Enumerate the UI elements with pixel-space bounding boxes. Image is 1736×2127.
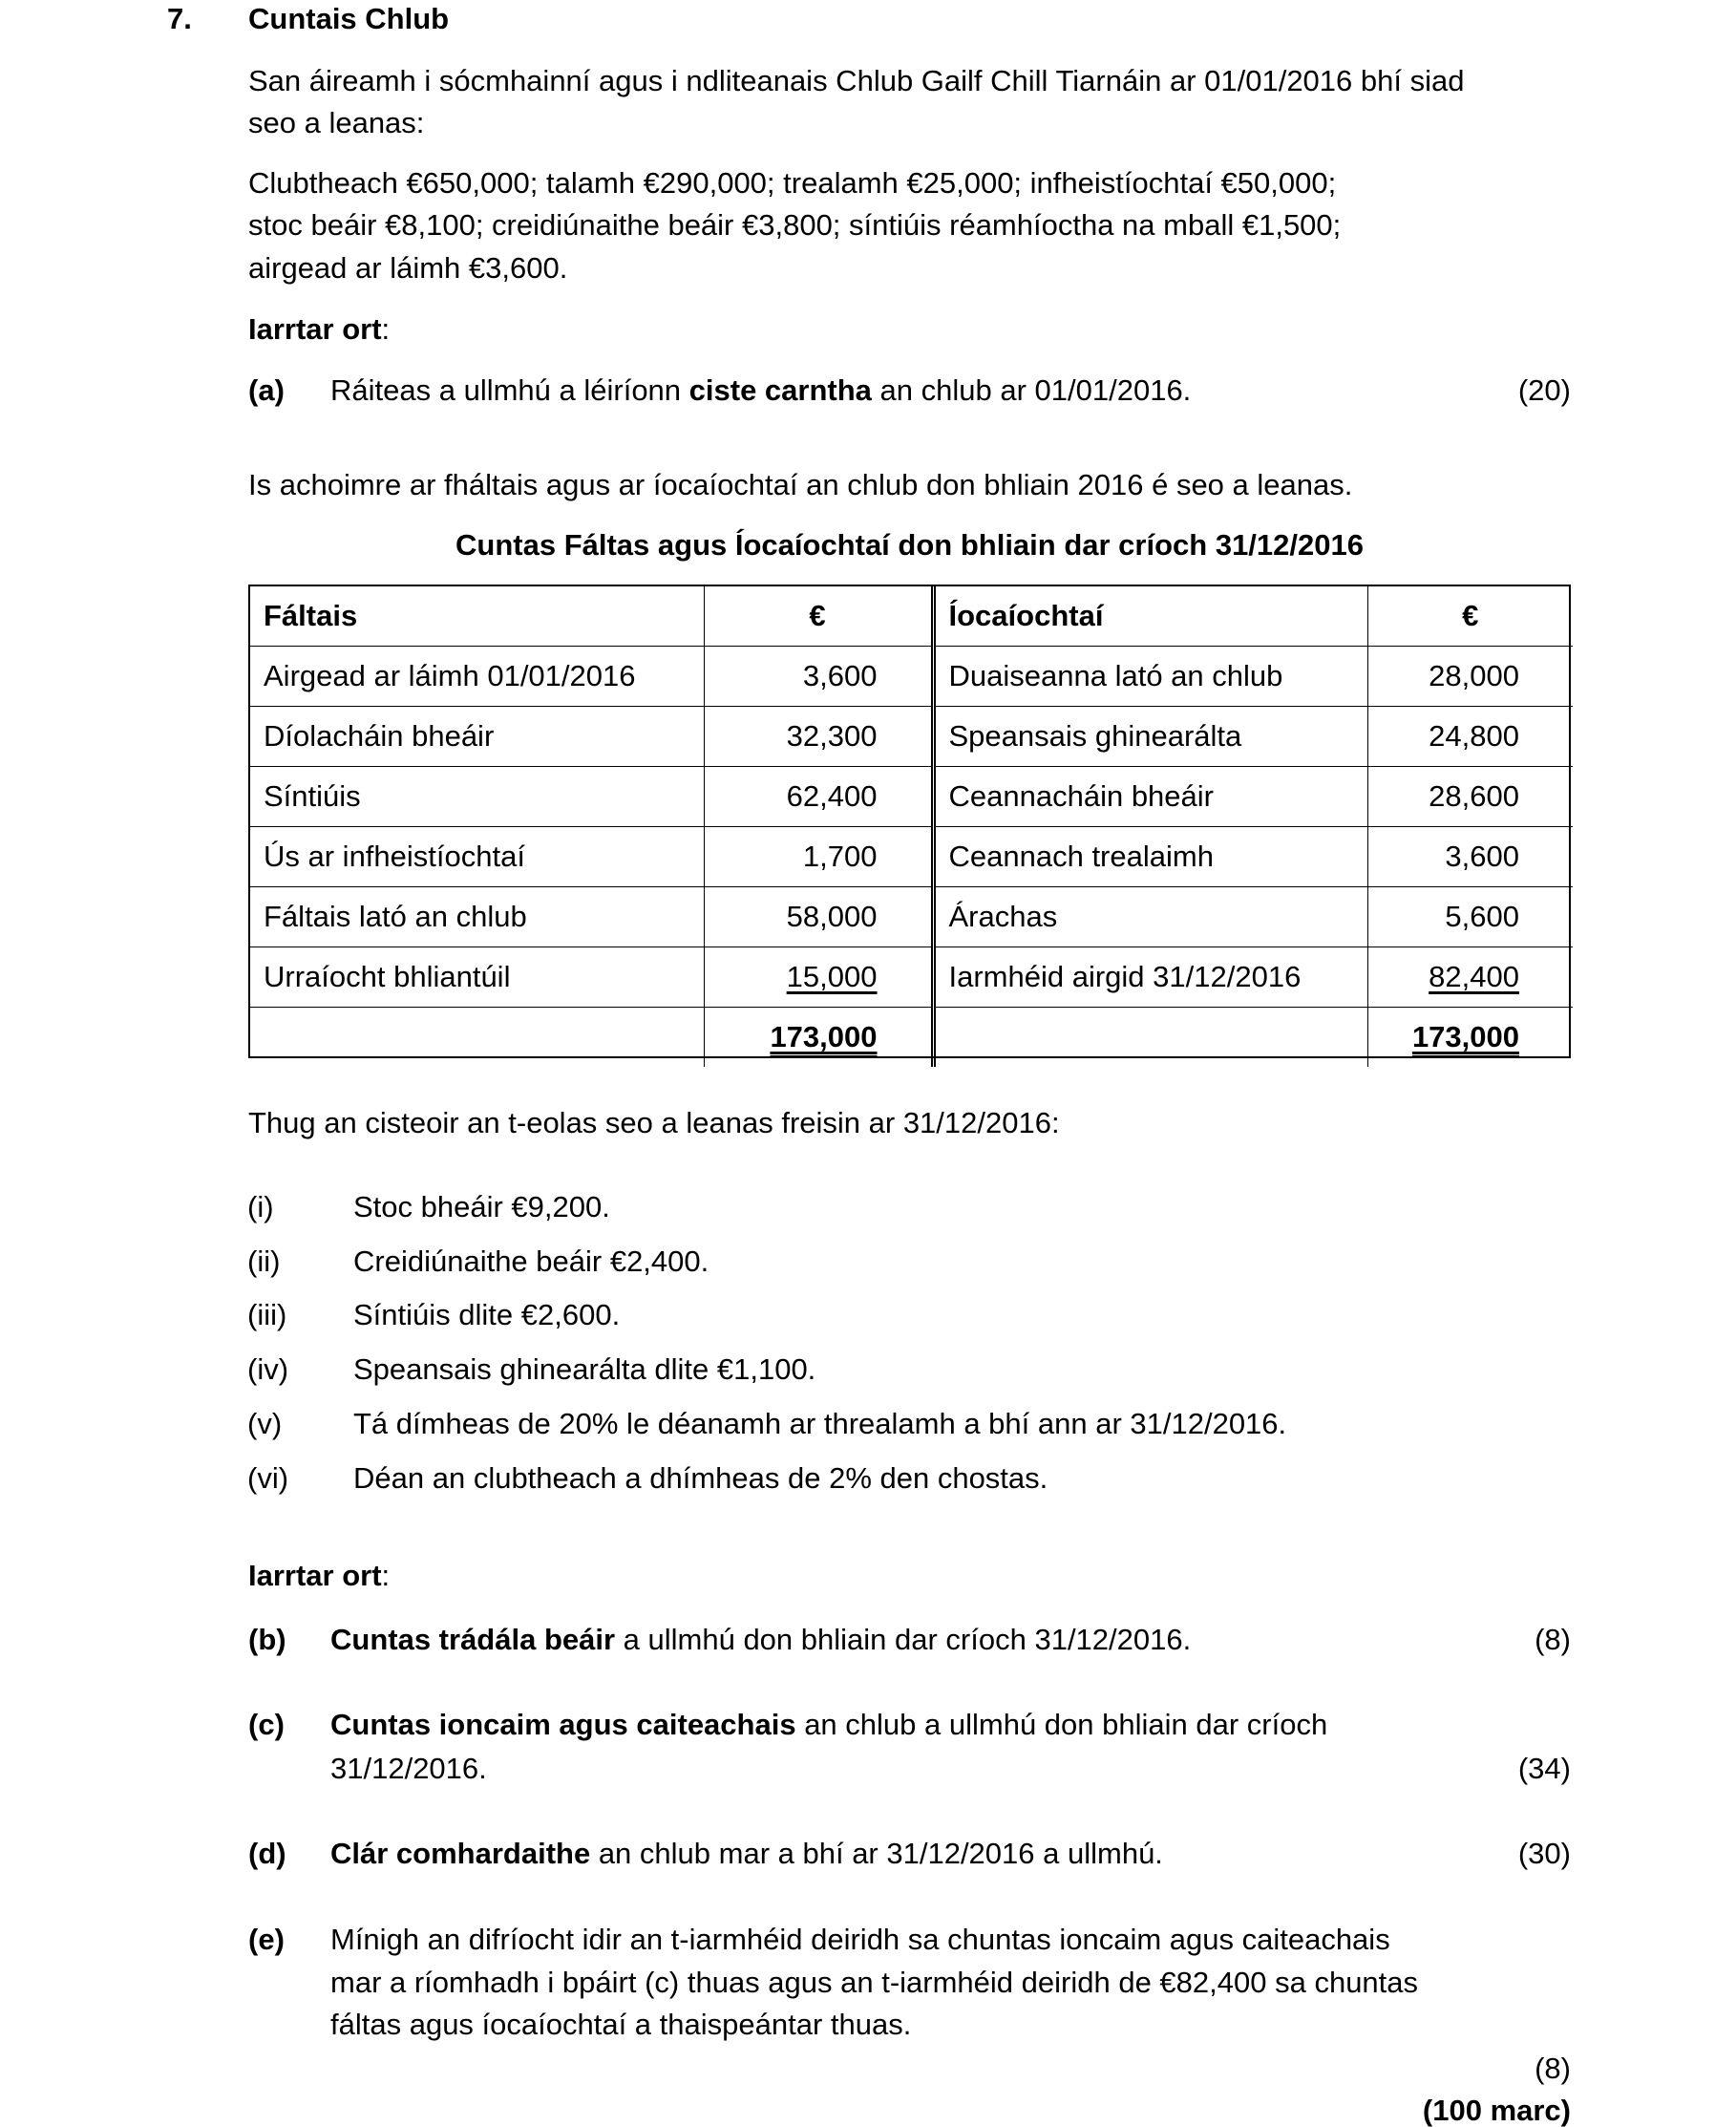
info-item-text: Creidiúnaithe beáir €2,400. [353, 1241, 709, 1283]
part-e-line-3: fáltas agus íocaíochtaí a thaispeántar t… [330, 2004, 911, 2046]
receipt-amount-underlined: 15,000 [787, 960, 878, 993]
receipt-label: Urraíocht bhliantúil [250, 947, 704, 1008]
part-e-line-1: Mínigh an difríocht idir an t-iarmhéid d… [330, 1919, 1390, 1961]
receipt-label: Fáltais lató an chlub [250, 887, 704, 947]
receipts-payments-table: Fáltais € Íocaíochtaí € Airgead ar láimh… [248, 585, 1571, 1058]
part-a-pre: Ráiteas a ullmhú a léiríonn [330, 373, 689, 407]
total-label-receipts [250, 1008, 704, 1068]
part-d-label: (d) [248, 1833, 286, 1875]
table-row: Ús ar infheistíochtaí 1,700 Ceannach tre… [250, 827, 1573, 887]
part-a-text: Ráiteas a ullmhú a léiríonn ciste carnth… [330, 370, 1191, 412]
part-a-bold: ciste carntha [689, 373, 872, 407]
total-receipts: 173,000 [704, 1008, 933, 1068]
question-title: Cuntais Chlub [248, 0, 449, 40]
required-heading-1: Iarrtar ort: [248, 308, 390, 351]
part-c-marks: (34) [1518, 1748, 1571, 1790]
table-row: Airgead ar láimh 01/01/2016 3,600 Duaise… [250, 647, 1573, 707]
required-colon: : [382, 312, 391, 346]
part-d-bold: Clár comhardaithe [330, 1837, 590, 1870]
table-title: Cuntas Fáltas agus Íocaíochtaí don bhlia… [248, 524, 1571, 566]
required-heading-2: Iarrtar ort: [248, 1555, 390, 1597]
part-d-text: Clár comhardaithe an chlub mar a bhí ar … [330, 1833, 1163, 1875]
part-e-marks: (8) [1535, 2048, 1571, 2090]
summary-intro: Is achoimre ar fháltais agus ar íocaíoch… [248, 464, 1352, 506]
receipt-label: Ús ar infheistíochtaí [250, 827, 704, 887]
part-d-marks: (30) [1518, 1833, 1571, 1875]
table-total-row: 173,000 173,000 [250, 1008, 1573, 1068]
receipt-amount: 32,300 [704, 707, 933, 767]
part-b-text: Cuntas trádála beáir a ullmhú don bhliai… [330, 1619, 1191, 1661]
required-label: Iarrtar ort [248, 312, 382, 346]
part-c-line-2: 31/12/2016. [330, 1748, 487, 1790]
part-a-label: (a) [248, 370, 285, 412]
info-item-num: (i) [247, 1186, 274, 1228]
header-payments: Íocaíochtaí [933, 586, 1367, 647]
table-row: Díolacháin bheáir 32,300 Speansais ghine… [250, 707, 1573, 767]
payment-amount: 5,600 [1367, 887, 1573, 947]
receipt-label: Síntiúis [250, 767, 704, 827]
payment-amount-underlined: 82,400 [1429, 960, 1519, 993]
receipt-amount: 58,000 [704, 887, 933, 947]
assets-line-3: airgead ar láimh €3,600. [248, 247, 567, 289]
receipt-amount: 1,700 [704, 827, 933, 887]
payment-label: Ceannach trealaimh [933, 827, 1367, 887]
part-a-post: an chlub ar 01/01/2016. [872, 373, 1191, 407]
header-euro-2: € [1367, 586, 1573, 647]
info-item-text: Tá dímheas de 20% le déanamh ar threalam… [353, 1403, 1286, 1445]
info-item-num: (vi) [247, 1457, 288, 1500]
info-item-num: (iv) [247, 1349, 288, 1391]
part-b-label: (b) [248, 1619, 286, 1661]
payment-amount: 24,800 [1367, 707, 1573, 767]
part-b-post: a ullmhú don bhliain dar críoch 31/12/20… [615, 1623, 1191, 1656]
info-item-text: Síntiúis dlite €2,600. [353, 1294, 620, 1336]
total-label-payments [933, 1008, 1367, 1068]
table-header-row: Fáltais € Íocaíochtaí € [250, 586, 1573, 647]
part-a-marks: (20) [1518, 370, 1571, 412]
payment-label: Speansais ghinearálta [933, 707, 1367, 767]
info-item-text: Stoc bheáir €9,200. [353, 1186, 610, 1228]
payment-label: Iarmhéid airgid 31/12/2016 [933, 947, 1367, 1008]
payment-amount: 3,600 [1367, 827, 1573, 887]
receipt-amount: 3,600 [704, 647, 933, 707]
payment-label: Ceannacháin bheáir [933, 767, 1367, 827]
part-b-bold: Cuntas trádála beáir [330, 1623, 615, 1656]
total-payments-value: 173,000 [1412, 1020, 1519, 1053]
intro-line-1: San áireamh i sócmhainní agus i ndlitean… [248, 60, 1464, 102]
required-label: Iarrtar ort [248, 1559, 382, 1592]
info-item-text: Speansais ghinearálta dlite €1,100. [353, 1349, 815, 1391]
treasurer-intro: Thug an cisteoir an t-eolas seo a leanas… [248, 1102, 1060, 1144]
header-receipts: Fáltais [250, 586, 704, 647]
info-item-num: (v) [247, 1403, 282, 1445]
part-c-post: an chlub a ullmhú don bhliain dar críoch [796, 1708, 1328, 1741]
part-c-text: Cuntas ioncaim agus caiteachais an chlub… [330, 1704, 1327, 1746]
intro-line-2: seo a leanas: [248, 102, 424, 144]
info-item-num: (ii) [247, 1241, 280, 1283]
receipt-amount: 62,400 [704, 767, 933, 827]
payment-amount: 28,000 [1367, 647, 1573, 707]
part-c-bold: Cuntas ioncaim agus caiteachais [330, 1708, 796, 1741]
assets-line-2: stoc beáir €8,100; creidiúnaithe beáir €… [248, 204, 1341, 246]
table-row: Fáltais lató an chlub 58,000 Árachas 5,6… [250, 887, 1573, 947]
required-colon: : [382, 1559, 391, 1592]
info-item-text: Déan an clubtheach a dhímheas de 2% den … [353, 1457, 1048, 1500]
total-payments: 173,000 [1367, 1008, 1573, 1068]
part-d-post: an chlub mar a bhí ar 31/12/2016 a ullmh… [590, 1837, 1163, 1870]
part-c-label: (c) [248, 1704, 285, 1746]
payment-label: Duaiseanna lató an chlub [933, 647, 1367, 707]
assets-line-1: Clubtheach €650,000; talamh €290,000; tr… [248, 162, 1336, 204]
payment-amount: 28,600 [1367, 767, 1573, 827]
header-euro-1: € [704, 586, 933, 647]
total-marks: (100 marc) [1423, 2090, 1571, 2127]
receipt-amount: 15,000 [704, 947, 933, 1008]
table-row: Síntiúis 62,400 Ceannacháin bheáir 28,60… [250, 767, 1573, 827]
table-row: Urraíocht bhliantúil 15,000 Iarmhéid air… [250, 947, 1573, 1008]
question-number: 7. [167, 0, 192, 40]
part-b-marks: (8) [1535, 1619, 1571, 1661]
part-e-line-2: mar a ríomhadh i bpáirt (c) thuas agus a… [330, 1962, 1418, 2004]
info-item-num: (iii) [247, 1294, 286, 1336]
total-receipts-value: 173,000 [770, 1020, 877, 1053]
payment-label: Árachas [933, 887, 1367, 947]
receipt-label: Díolacháin bheáir [250, 707, 704, 767]
payment-amount: 82,400 [1367, 947, 1573, 1008]
receipt-label: Airgead ar láimh 01/01/2016 [250, 647, 704, 707]
part-e-label: (e) [248, 1919, 285, 1961]
